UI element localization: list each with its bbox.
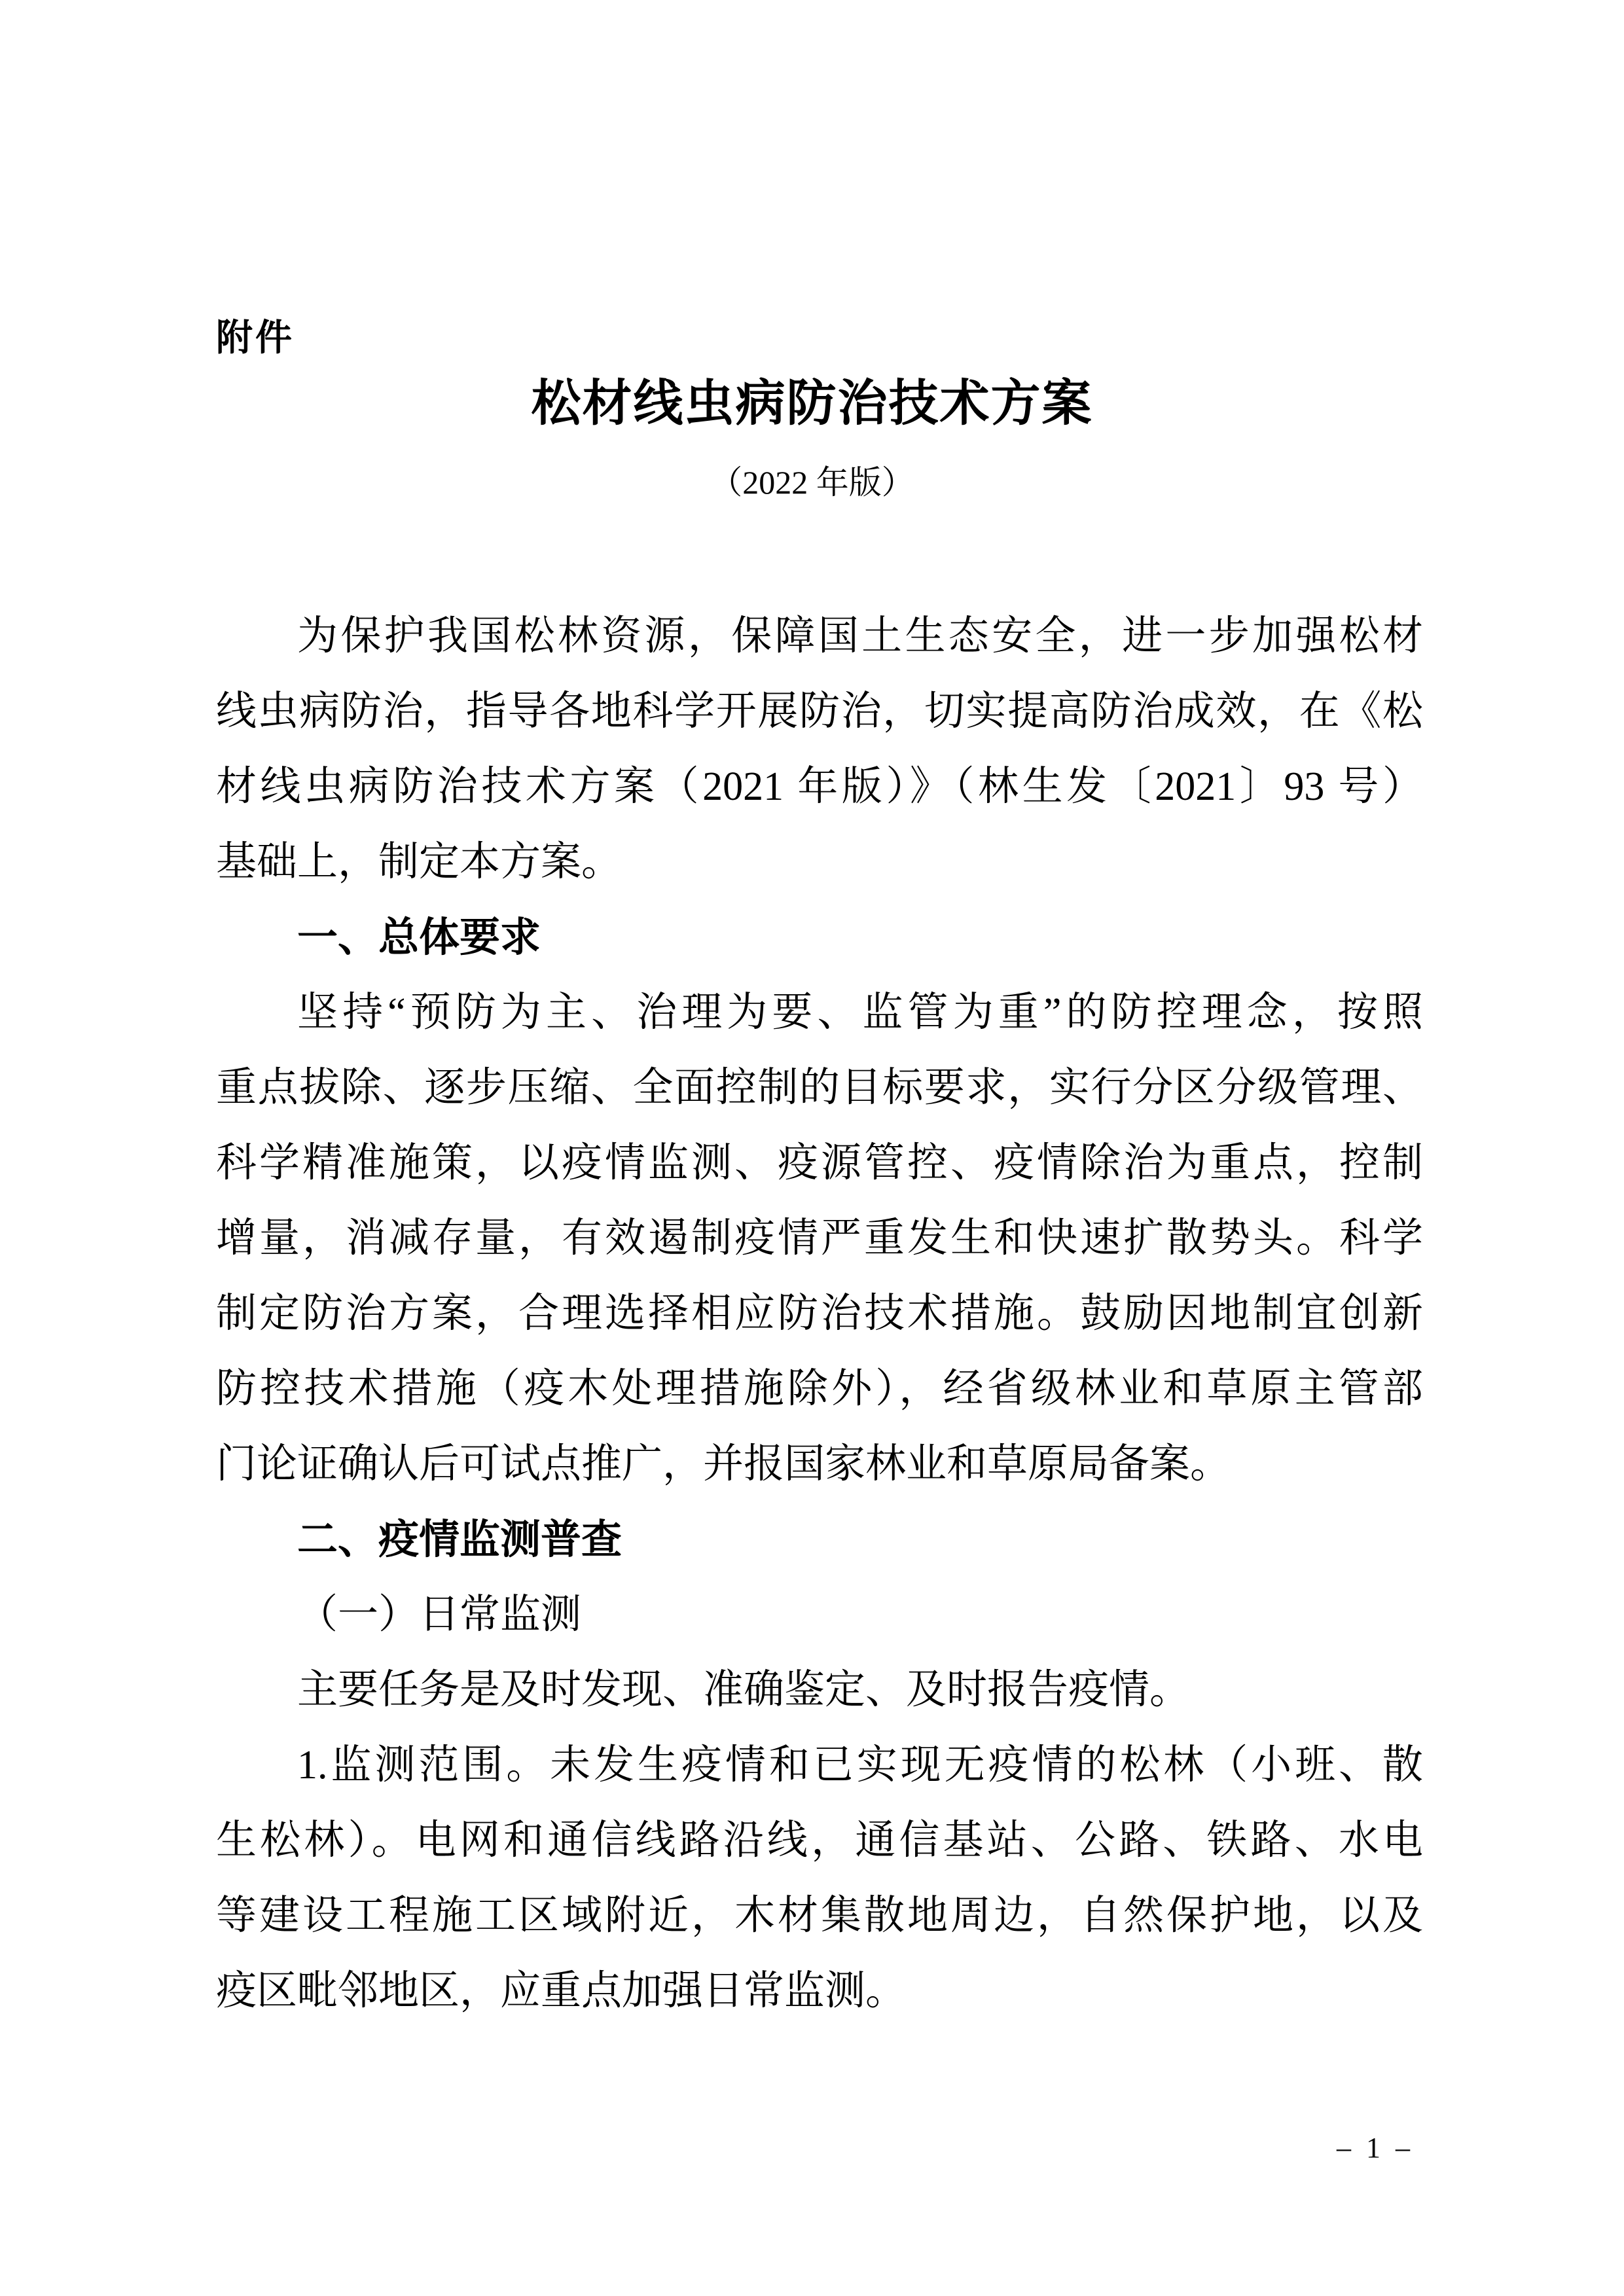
document-page: 附件 松材线虫病防治技术方案 （2022 年版） 为保护我国松林资源，保障国土生… [0,0,1624,2296]
page-number: – 1 – [1337,2131,1414,2165]
text-line: 坚持“预防为主、治理为要、监管为重”的防控理念，按照 [216,975,1423,1050]
text-line: 门论证确认后可试点推广，并报国家林业和草原局备案。 [216,1427,1423,1502]
text-line: 基础上，制定本方案。 [216,825,1423,900]
text-line: 科学精准施策，以疫情监测、疫源管控、疫情除治为重点，控制 [216,1126,1423,1201]
text-line: 疫区毗邻地区，应重点加强日常监测。 [216,1954,1423,2029]
text-line: 等建设工程施工区域附近，木材集散地周边，自然保护地，以及 [216,1878,1423,1954]
text-line: 重点拔除、逐步压缩、全面控制的目标要求，实行分区分级管理、 [216,1050,1423,1126]
subsection-heading: （一）日常监测 [216,1577,1423,1653]
text-line: 生松林）。电网和通信线路沿线，通信基站、公路、铁路、水电 [216,1803,1423,1878]
document-subtitle: （2022 年版） [0,462,1624,503]
text-line: 防控技术措施（疫木处理措施除外），经省级林业和草原主管部 [216,1352,1423,1427]
text-line: 增量，消减存量，有效遏制疫情严重发生和快速扩散势头。科学 [216,1201,1423,1276]
section-heading: 一、总体要求 [216,900,1423,975]
text-line: 线虫病防治，指导各地科学开展防治，切实提高防治成效，在《松 [216,674,1423,749]
document-title: 松材线虫病防治技术方案 [0,376,1624,432]
text-line: 制定防治方案，合理选择相应防治技术措施。鼓励因地制宜创新 [216,1276,1423,1352]
text-line: 1.监测范围。未发生疫情和已实现无疫情的松林（小班、散 [216,1728,1423,1803]
section-heading: 二、疫情监测普查 [216,1502,1423,1577]
text-line: 材线虫病防治技术方案（2021 年版）》（林生发〔2021〕93 号） [216,749,1423,825]
text-line: 主要任务是及时发现、准确鉴定、及时报告疫情。 [216,1653,1423,1728]
attachment-label: 附件 [216,318,295,357]
document-body: 为保护我国松林资源，保障国土生态安全，进一步加强松材线虫病防治，指导各地科学开展… [216,599,1423,2029]
text-line: 为保护我国松林资源，保障国土生态安全，进一步加强松材 [216,599,1423,674]
